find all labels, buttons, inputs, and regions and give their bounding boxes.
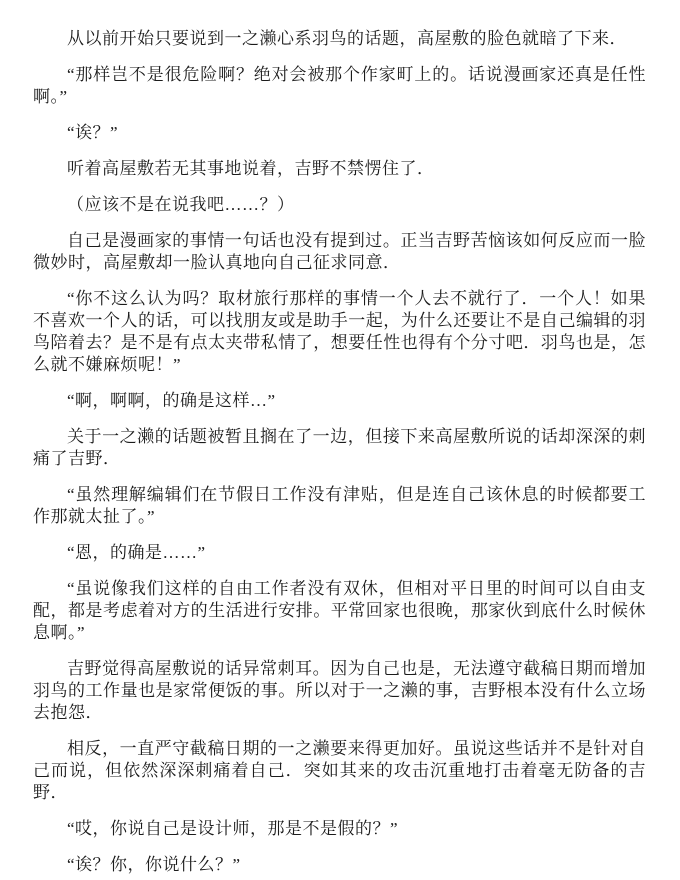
paragraph: “恩，的确是……”: [33, 542, 646, 564]
paragraph: “虽然理解编辑们在节假日工作没有津贴，但是连自己该休息的时候都要工作那就太扯了。…: [33, 484, 646, 528]
paragraph: “哎，你说自己是设计师，那是不是假的？”: [33, 818, 646, 840]
document-page: 从以前开始只要说到一之濑心系羽鸟的话题，高屋敷的脸色就暗了下来． “那样岂不是很…: [0, 0, 680, 880]
paragraph: “啊，啊啊，的确是这样…”: [33, 390, 646, 412]
paragraph: 吉野觉得高屋敷说的话异常刺耳。因为自己也是，无法遵守截稿日期而增加羽鸟的工作量也…: [33, 658, 646, 724]
paragraph: 听着高屋敷若无其事地说着，吉野不禁愣住了．: [33, 158, 646, 180]
paragraph: （应该不是在说我吧……？）: [33, 194, 646, 216]
paragraph: “你不这么认为吗？取材旅行那样的事情一个人去不就行了．一个人！如果不喜欢一个人的…: [33, 288, 646, 376]
paragraph: “那样岂不是很危险啊？绝对会被那个作家町上的。话说漫画家还真是任性啊。”: [33, 64, 646, 108]
paragraph: 关于一之濑的话题被暂且搁在了一边，但接下来高屋敷所说的话却深深的刺痛了吉野．: [33, 426, 646, 470]
paragraph: “诶？”: [33, 122, 646, 144]
paragraph: 相反，一直严守截稿日期的一之濑要来得更加好。虽说这些话并不是针对自己而说，但依然…: [33, 738, 646, 804]
paragraph: “虽说像我们这样的自由工作者没有双休，但相对平日里的时间可以自由支配，都是考虑着…: [33, 578, 646, 644]
paragraph: “诶？你，你说什么？”: [33, 854, 646, 876]
paragraph: 自己是漫画家的事情一句话也没有提到过。正当吉野苦恼该如何反应而一脸微妙时，高屋敷…: [33, 230, 646, 274]
paragraph: 从以前开始只要说到一之濑心系羽鸟的话题，高屋敷的脸色就暗了下来．: [33, 28, 646, 50]
